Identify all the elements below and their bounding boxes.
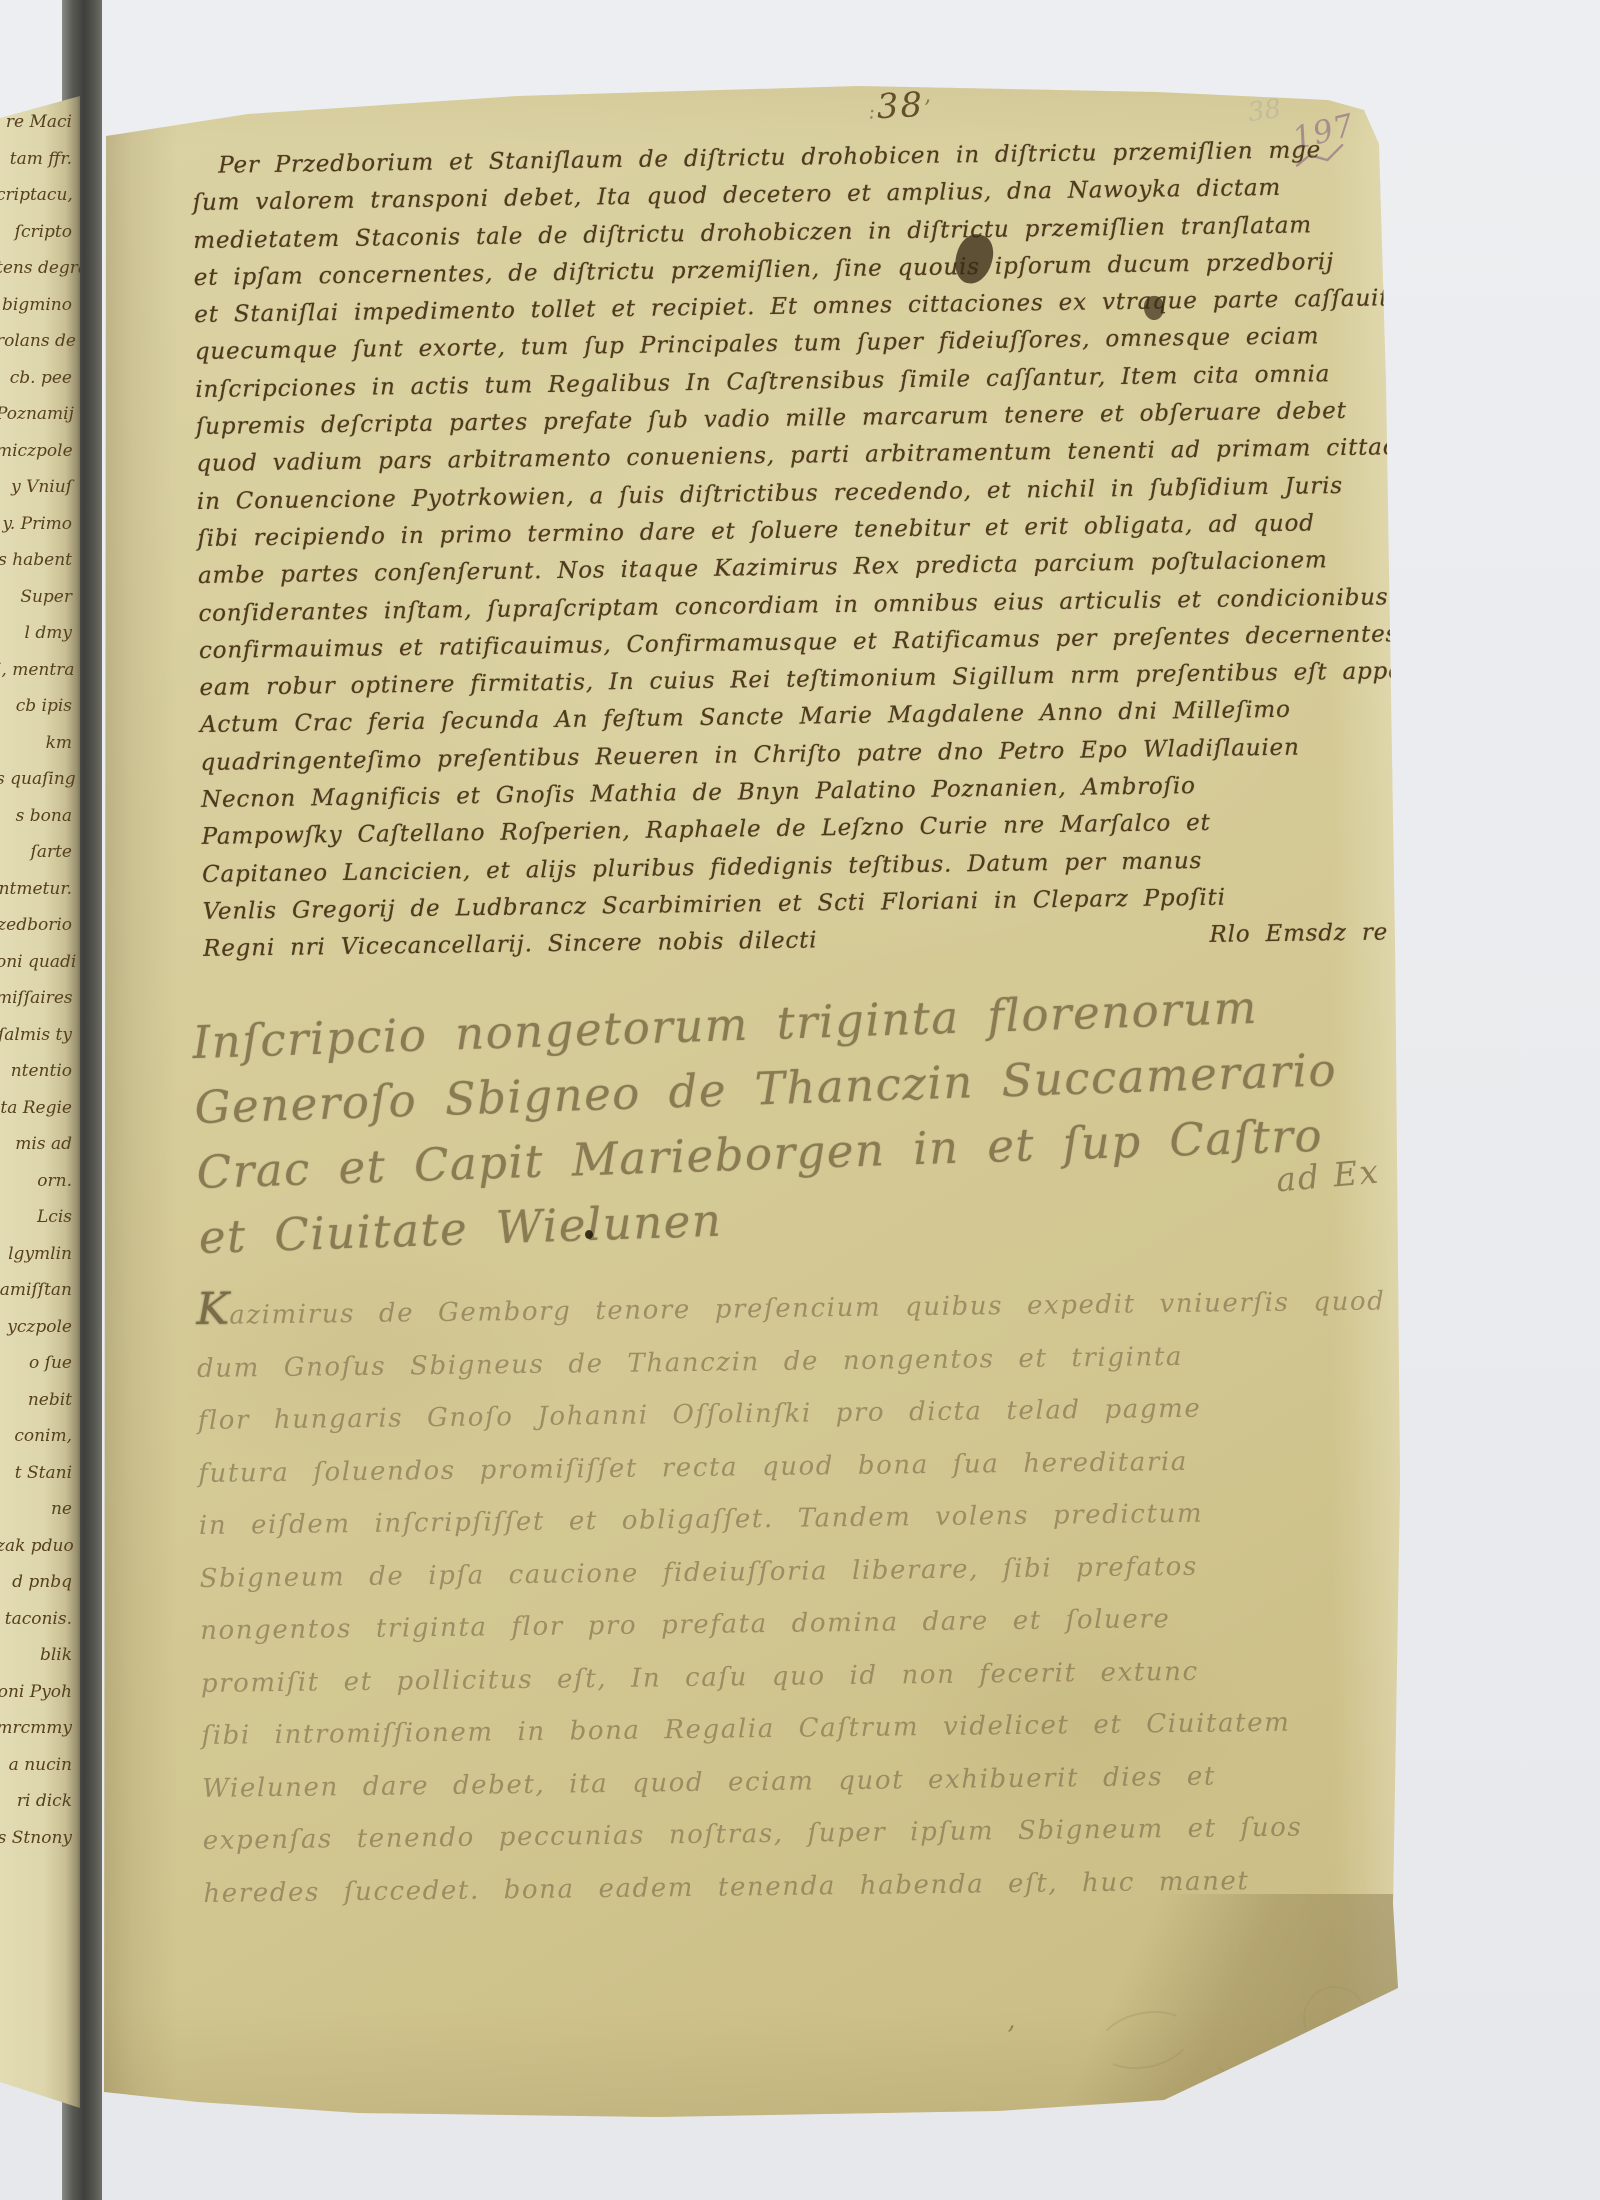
prev-page-fragment: s quaſing [0,761,78,798]
prev-page-fragment: criptacu, [0,177,78,214]
prev-page-fragment: oni Pyoh [0,1674,78,1711]
prev-page-fragment: lgymlin [0,1236,78,1273]
folio-ink-number: 38 [876,85,925,127]
prev-page-fragment: Super [0,579,78,616]
prev-page-fragment: ntentio [0,1053,78,1090]
previous-page-marginalia: re Macitam ffr.criptacu,ſcriptotens degr… [0,104,78,1856]
prev-page-fragment: tens degra [0,250,78,287]
faint-showthrough-scribble [1205,2028,1335,2095]
prev-page-fragment: nebit [0,1382,78,1419]
entry1-last-line-text: Regni nri Vicecancellarij. Sincere nobis… [203,923,818,969]
prev-page-fragment: blik [0,1637,78,1674]
prev-page-fragment: t Stani [0,1455,78,1492]
prev-page-fragment: l dmy [0,615,78,652]
prev-page-fragment: ta Regie [0,1090,78,1127]
entry2-initial: K [196,1284,229,1335]
prev-page-fragment: miczpole [0,433,78,470]
prev-page-fragment: s bona [0,798,78,835]
prev-page-fragment: ri dick [0,1783,78,1820]
prev-page-fragment: ne [0,1491,78,1528]
prev-page-fragment: tam ffr. [0,141,78,178]
prev-page-fragment: cb ipis [0,688,78,725]
prev-page-fragment: re Maci [0,104,78,141]
prev-page-fragment: taconis. [0,1601,78,1638]
prev-page-fragment: rolans de [0,323,78,360]
prev-page-fragment: cb. pee [0,360,78,397]
entry1-text-block: Per Przedborium et Staniſlaum de diſtric… [192,131,1388,968]
folio-ink-marks: : [868,99,878,123]
prev-page-fragment: zedborio [0,907,78,944]
prev-page-fragment: zak pduo [0,1528,78,1565]
folio-number-ink: :38’ [867,84,934,127]
prev-page-fragment: km [0,725,78,762]
manuscript-page: :38’ 38 197 Per Przedborium et Staniſlau… [98,84,1402,2136]
faint-showthrough-scribble [1093,2003,1197,2077]
prev-page-fragment: s habent [0,542,78,579]
bottom-right-stain [978,1894,1402,2104]
relatio-note: Rlo Emsdz re [1209,915,1388,955]
prev-page-fragment: bigmino [0,287,78,324]
bottom-right-fold [1138,1956,1400,2102]
prev-page-fragment: ſcripto [0,214,78,251]
folio-ink-flourish: ’ [924,96,934,121]
prev-page-fragment: ſarte [0,834,78,871]
prev-page-fragment: amiſſtan [0,1272,78,1309]
prev-page-fragment: y. Primo [0,506,78,543]
entry-heading-block: Inſcripcio nongetorum triginta florenoru… [191,971,1379,1270]
entry2-first-line-text: azimirus de Gemborg tenore preſencium qu… [229,1286,1386,1330]
stray-mark: ʼ [1006,2022,1014,2052]
ink-speck [585,1230,593,1239]
prev-page-fragment: orn. [0,1163,78,1200]
prev-page-fragment: Poznamij [0,396,78,433]
scanned-manuscript-screenshot: { "document": { "folio_ink_prefix": ":",… [0,0,1600,2200]
prev-page-fragment: conim, [0,1418,78,1455]
folio-pencil-ghost: 38 [1246,94,1283,128]
prev-page-fragment: i, mentra [0,652,78,689]
prev-page-fragment: y Vniuſ [0,469,78,506]
previous-page-edge: re Macitam ffr.criptacu,ſcriptotens degr… [0,96,80,2116]
prev-page-fragment: s Stnony [0,1820,78,1857]
prev-page-fragment: o ſue [0,1345,78,1382]
prev-page-fragment: yczpole [0,1309,78,1346]
prev-page-fragment: oni quadi [0,944,78,981]
prev-page-fragment: ntmetur. [0,871,78,908]
faint-showthrough-scribble [1293,1976,1377,2060]
prev-page-fragment: Lcis [0,1199,78,1236]
prev-page-fragment: a nucin [0,1747,78,1784]
prev-page-fragment: mis ad [0,1126,78,1163]
prev-page-fragment: ſalmis ty [0,1017,78,1054]
prev-page-fragment: d pnbq [0,1564,78,1601]
prev-page-fragment: miſſaires [0,980,78,1017]
entry2-text-block: Kazimirus de Gemborg tenore preſencium q… [196,1270,1384,1920]
prev-page-fragment: mrcmmy [0,1710,78,1747]
